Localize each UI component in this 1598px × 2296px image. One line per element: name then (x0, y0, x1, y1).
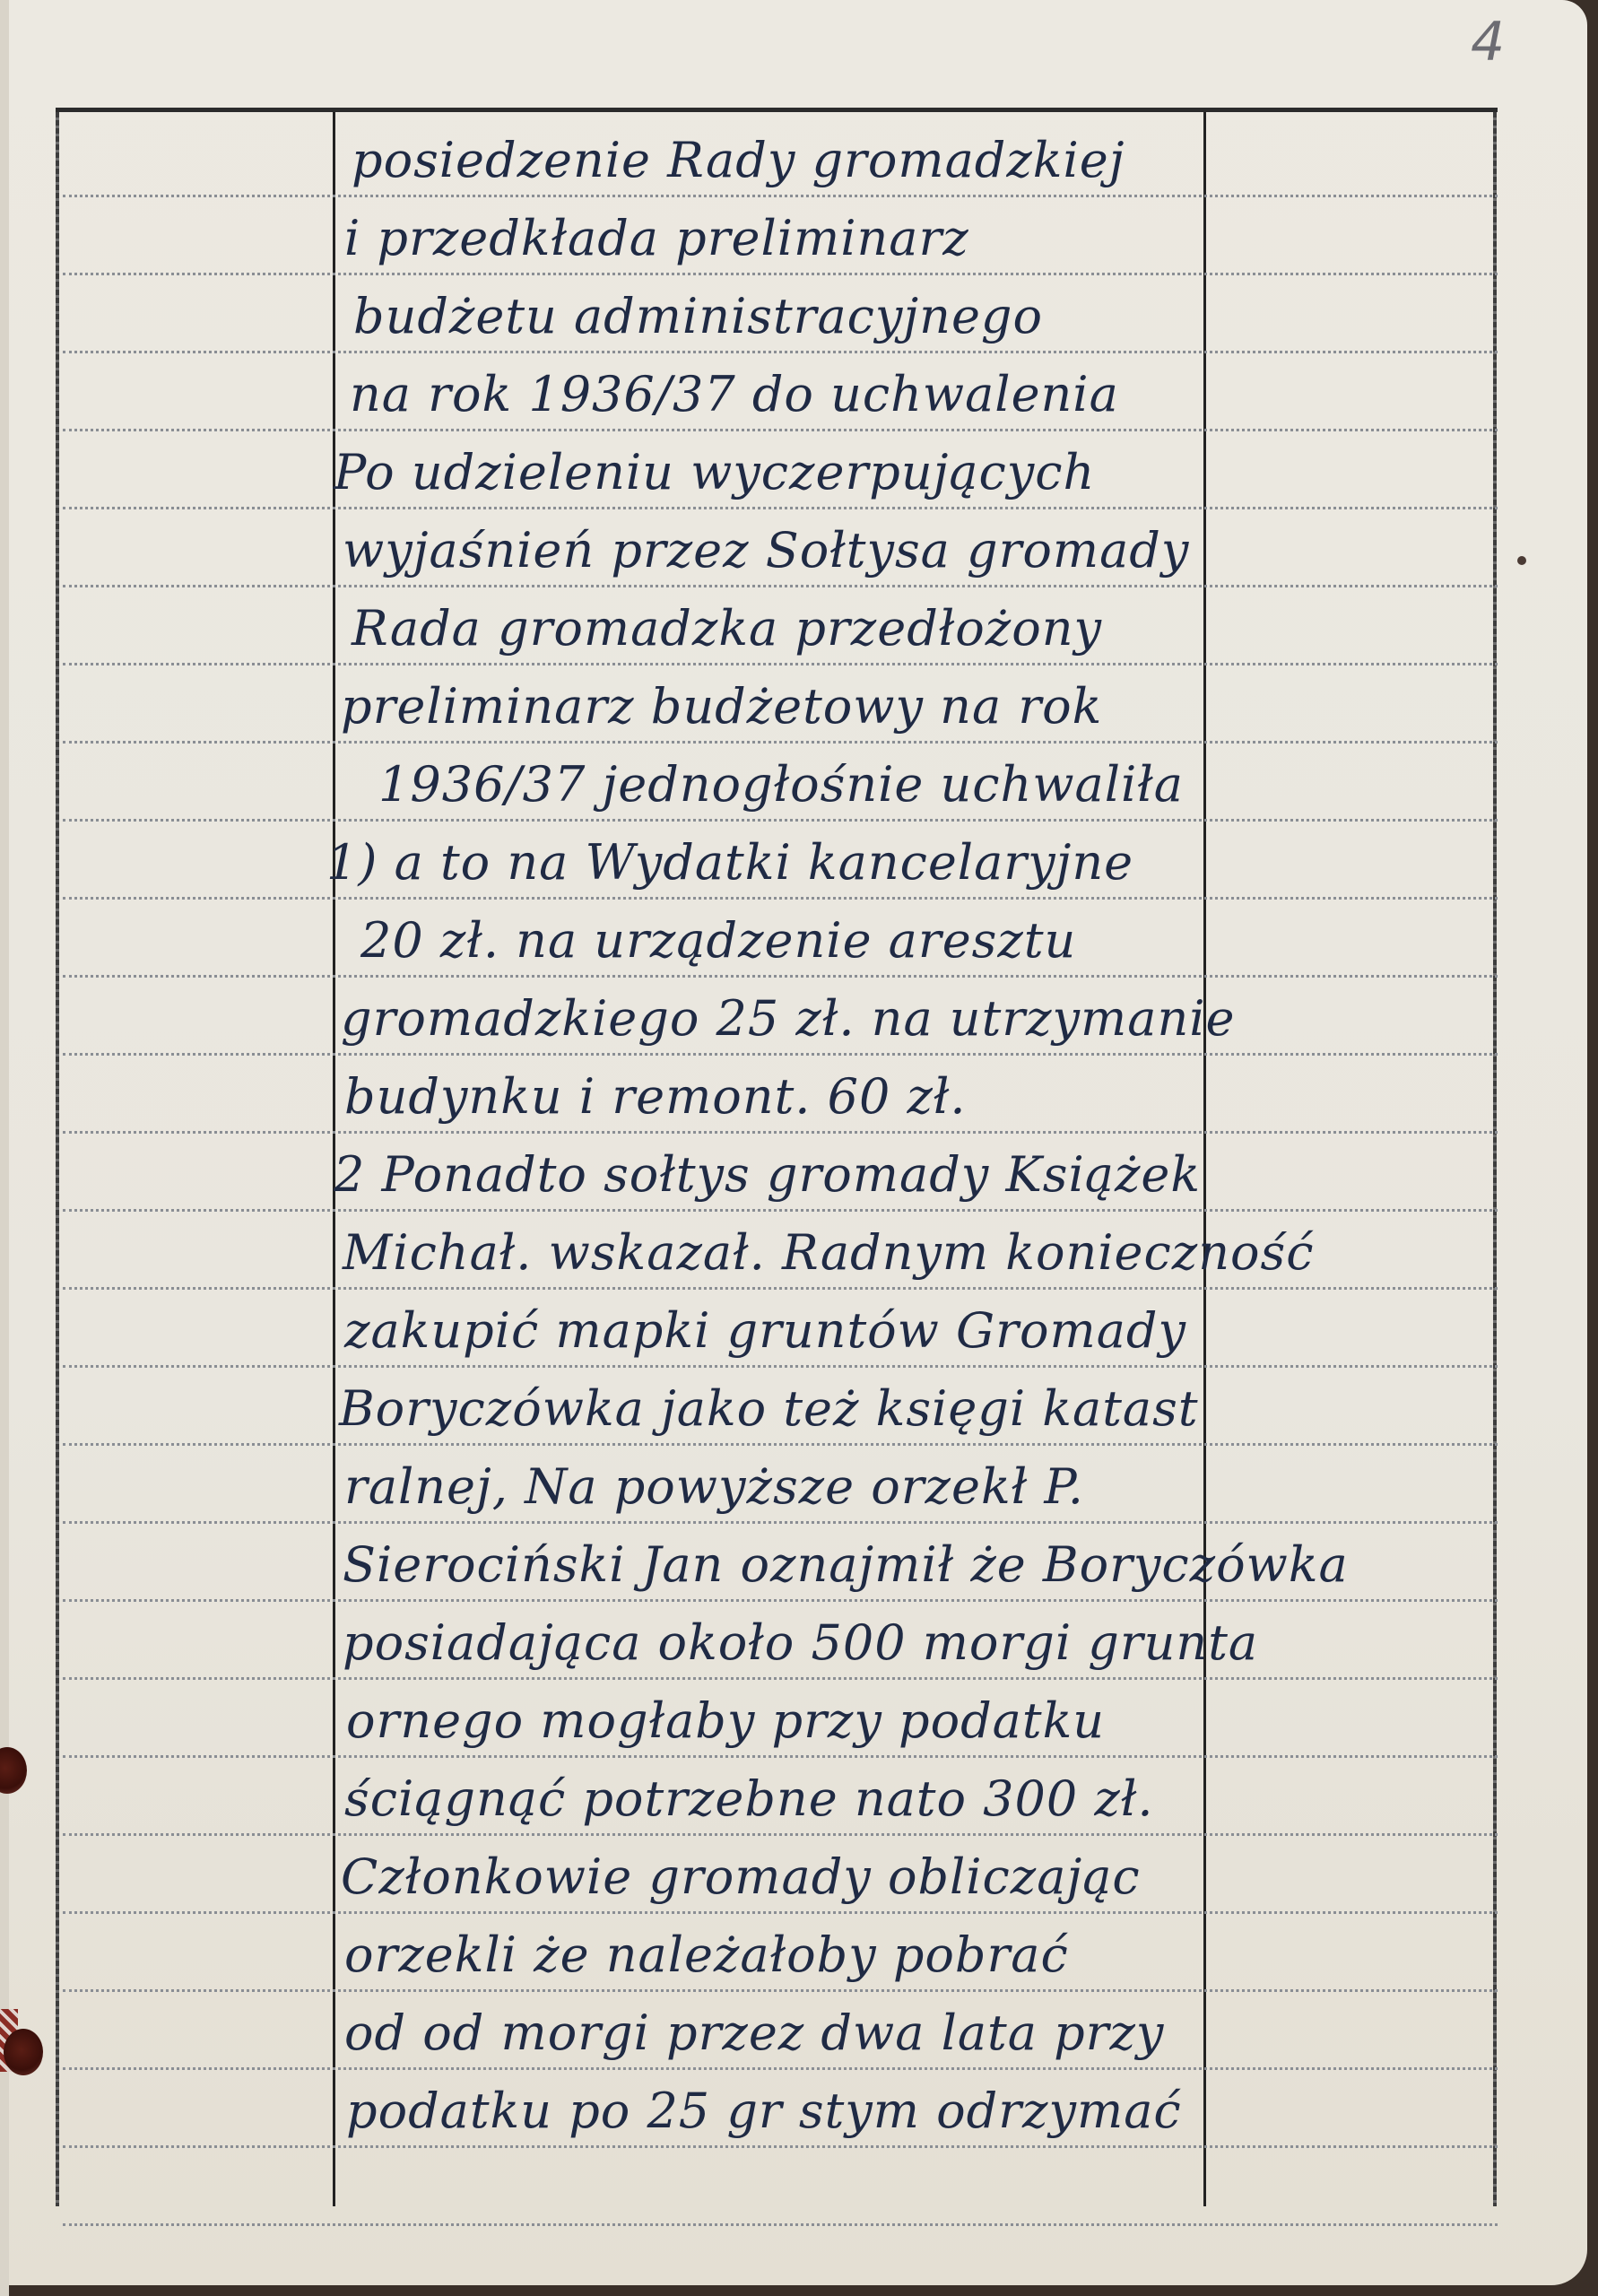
handwritten-line: gromadzkiego 25 zł. na utrzymanie (341, 979, 1238, 1057)
page-number: 4 (1471, 11, 1505, 74)
handwritten-line: ściągnąć potrzebne nato 300 zł. (344, 1760, 1241, 1838)
handwritten-line: Rada gromadzka przedłożony (352, 589, 1248, 667)
handwritten-line: i przedkłada preliminarz (344, 199, 1241, 277)
ink-spot (1517, 556, 1526, 565)
page-binding-edge (0, 0, 9, 2296)
handwritten-line: Po udzieleniu wyczerpujących (334, 433, 1230, 511)
handwritten-line: Michał. wskazał. Radnym konieczność (343, 1213, 1239, 1291)
handwritten-line: preliminarz budżetowy na rok (341, 667, 1238, 745)
handwritten-line: Sierociński Jan oznajmił że Boryczówka (343, 1526, 1239, 1604)
right-border-line (1493, 112, 1497, 2206)
left-border-line (56, 112, 59, 2206)
handwritten-line: posiedzenie Rady gromadzkiej (352, 121, 1248, 199)
handwritten-line: ralnej, Na powyższe orzekł P. (344, 1448, 1241, 1526)
handwritten-line: budżetu administracyjnego (353, 277, 1250, 355)
handwritten-line: budynku i remont. 60 zł. (344, 1057, 1241, 1135)
binding-hole-icon (4, 2029, 43, 2075)
ledger-grid: posiedzenie Rady gromadzkiej i przedkład… (56, 108, 1498, 2206)
ruled-line (63, 2223, 1498, 2226)
handwritten-line: Boryczówka jako też księgi katast (339, 1370, 1236, 1448)
handwritten-line: ornego mogłaby przy podatku (346, 1682, 1243, 1760)
handwritten-line: na rok 1936/37 do uchwalenia (350, 355, 1246, 433)
handwritten-line: Członkowie gromady obliczając (341, 1838, 1238, 1916)
handwritten-line: orzekli że należałoby pobrać (344, 1916, 1241, 1994)
handwritten-line: podatku po 25 gr stym odrzymać (346, 2072, 1243, 2150)
handwritten-line: 1936/37 jednogłośnie uchwaliła (378, 745, 1275, 823)
handwritten-line: wyjaśnień przez Sołtysa gromady (343, 511, 1239, 589)
handwritten-line: 1) a to na Wydatki kancelaryjne (326, 823, 1223, 901)
ledger-page: 4 posiedzenie Rady gromadzkiej i przedkł… (0, 0, 1587, 2285)
text-column: posiedzenie Rady gromadzkiej i przedkład… (334, 112, 1212, 2206)
binding-hole-icon (0, 1747, 27, 1794)
handwritten-line: zakupić mapki gruntów Gromady (344, 1291, 1241, 1370)
handwritten-line: 2 Ponadto sołtys gromady Książek (334, 1135, 1230, 1213)
handwritten-line: 20 zł. na urządzenie aresztu (360, 901, 1257, 979)
handwritten-line: posiadająca około 500 morgi grunta (343, 1604, 1239, 1682)
handwritten-line: od od morgi przez dwa lata przy (344, 1994, 1241, 2072)
